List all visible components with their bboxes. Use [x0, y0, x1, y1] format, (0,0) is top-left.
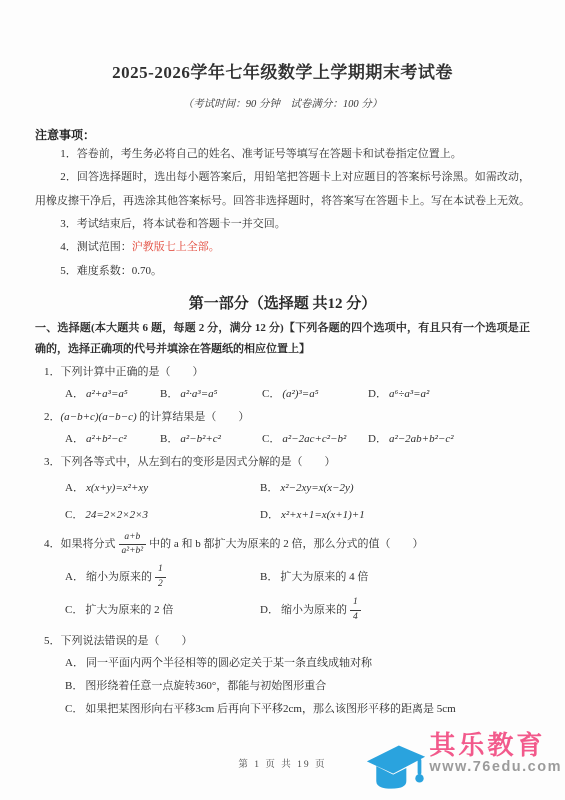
options-row-q3-1: A．x(x+y)=x²+xy B．x²−2xy=x(x−2y) [35, 477, 530, 500]
notice-item-1: 1．答卷前，考生务必将自己的姓名、准考证号等填写在答题卡和试卷指定位置上。 [35, 143, 530, 166]
option-q2-c: C．a²−2ac+c²−b² [262, 428, 368, 451]
question-stem-4: 4．如果将分式 a+ba²+b² 中的 a 和 b 都扩大为原来的 2 倍，那么… [35, 532, 530, 558]
fraction: 12 [155, 564, 166, 590]
option-q2-d: D．a²−2ab+b²−c² [368, 428, 454, 451]
exam-paper-page: 2025-2026学年七年级数学上学期期末考试卷 （考试时间：90 分钟 试卷满… [0, 0, 565, 800]
notices-heading: 注意事项： [35, 126, 530, 143]
brand-name: 其乐教育 [429, 732, 562, 759]
option-q5-c: C．如果把某图形向右平移3cm 后再向下平移2cm，那么该图形平移的距离是 5c… [35, 698, 530, 721]
option-q1-d: D．a⁶÷a³=a² [368, 383, 429, 406]
options-row-q4-2: C．扩大为原来的 2 倍 D．缩小为原来的14 [35, 597, 530, 623]
section-heading: 第一部分（选择题 共12 分） [35, 292, 530, 313]
options-row-q3-2: C．24=2×2×2×3 D．x²+x+1=x(x+1)+1 [35, 504, 530, 527]
brand-text-block: 其乐教育 www.76edu.com [429, 732, 562, 775]
question-stem-1: 1．下列计算中正确的是（ ） [35, 361, 530, 384]
option-q4-c: C．扩大为原来的 2 倍 [65, 603, 260, 617]
brand-logo: 其乐教育 www.76edu.com [365, 732, 562, 796]
option-q2-a: A．a²+b²−c² [65, 428, 160, 451]
option-q5-b: B．图形绕着任意一点旋转360°，都能与初始图形重合 [35, 675, 530, 698]
option-q5-a: A．同一平面内两个半径相等的圆必定关于某一条直线成轴对称 [35, 652, 530, 675]
notice-item-2: 2．回答选择题时，选出每小题答案后，用铅笔把答题卡上对应题目的答案标号涂黑。如需… [35, 166, 530, 213]
options-row-q2: A．a²+b²−c² B．a²−b²+c² C．a²−2ac+c²−b² D．a… [35, 428, 530, 451]
option-q2-b: B．a²−b²+c² [160, 428, 262, 451]
test-scope-highlight: 沪教版七上全部。 [132, 241, 220, 253]
notice-item-4: 4．测试范围：沪教版七上全部。 [35, 236, 530, 259]
fraction: a+ba²+b² [119, 532, 147, 558]
graduation-cap-icon [365, 740, 427, 796]
options-row-q1: A．a²+a³=a⁵ B．a²·a³=a⁵ C．(a²)³=a⁵ D．a⁶÷a³… [35, 383, 530, 406]
option-q1-a: A．a²+a³=a⁵ [65, 383, 160, 406]
option-q3-b: B．x²−2xy=x(x−2y) [260, 477, 354, 500]
option-q3-a: A．x(x+y)=x²+xy [65, 477, 260, 500]
options-list-q5: A．同一平面内两个半径相等的圆必定关于某一条直线成轴对称 B．图形绕着任意一点旋… [35, 652, 530, 720]
option-q1-b: B．a²·a³=a⁵ [160, 383, 262, 406]
page-title: 2025-2026学年七年级数学上学期期末考试卷 [35, 58, 530, 83]
question-stem-3: 3．下列各等式中，从左到右的变形是因式分解的是（ ） [35, 451, 530, 474]
notice-item-4-prefix: 4．测试范围： [60, 241, 132, 253]
option-q3-c: C．24=2×2×2×3 [65, 504, 260, 527]
question-stem-5: 5．下列说法错误的是（ ） [35, 630, 530, 653]
notice-item-5: 5．难度系数：0.70。 [35, 260, 530, 283]
option-q3-d: D．x²+x+1=x(x+1)+1 [260, 504, 365, 527]
options-row-q4-1: A．缩小为原来的12 B．扩大为原来的 4 倍 [35, 564, 530, 590]
question-stem-2: 2．(a−b+c)(a−b−c) 的计算结果是（ ） [35, 406, 530, 429]
option-q4-b: B．扩大为原来的 4 倍 [260, 570, 368, 584]
option-q4-a: A．缩小为原来的12 [65, 564, 260, 590]
notice-item-3: 3．考试结束后，将本试卷和答题卡一并交回。 [35, 213, 530, 236]
option-q4-d: D．缩小为原来的14 [260, 597, 364, 623]
option-q1-c: C．(a²)³=a⁵ [262, 383, 368, 406]
section-intro: 一、选择题(本大题共 6 题，每题 2 分，满分 12 分)【下列各题的四个选项… [35, 318, 530, 361]
brand-url: www.76edu.com [429, 759, 562, 775]
notices-section: 注意事项： 1．答卷前，考生务必将自己的姓名、准考证号等填写在答题卡和试卷指定位… [35, 126, 530, 283]
fraction: 14 [350, 597, 361, 623]
exam-meta: （考试时间：90 分钟 试卷满分：100 分） [35, 96, 530, 111]
